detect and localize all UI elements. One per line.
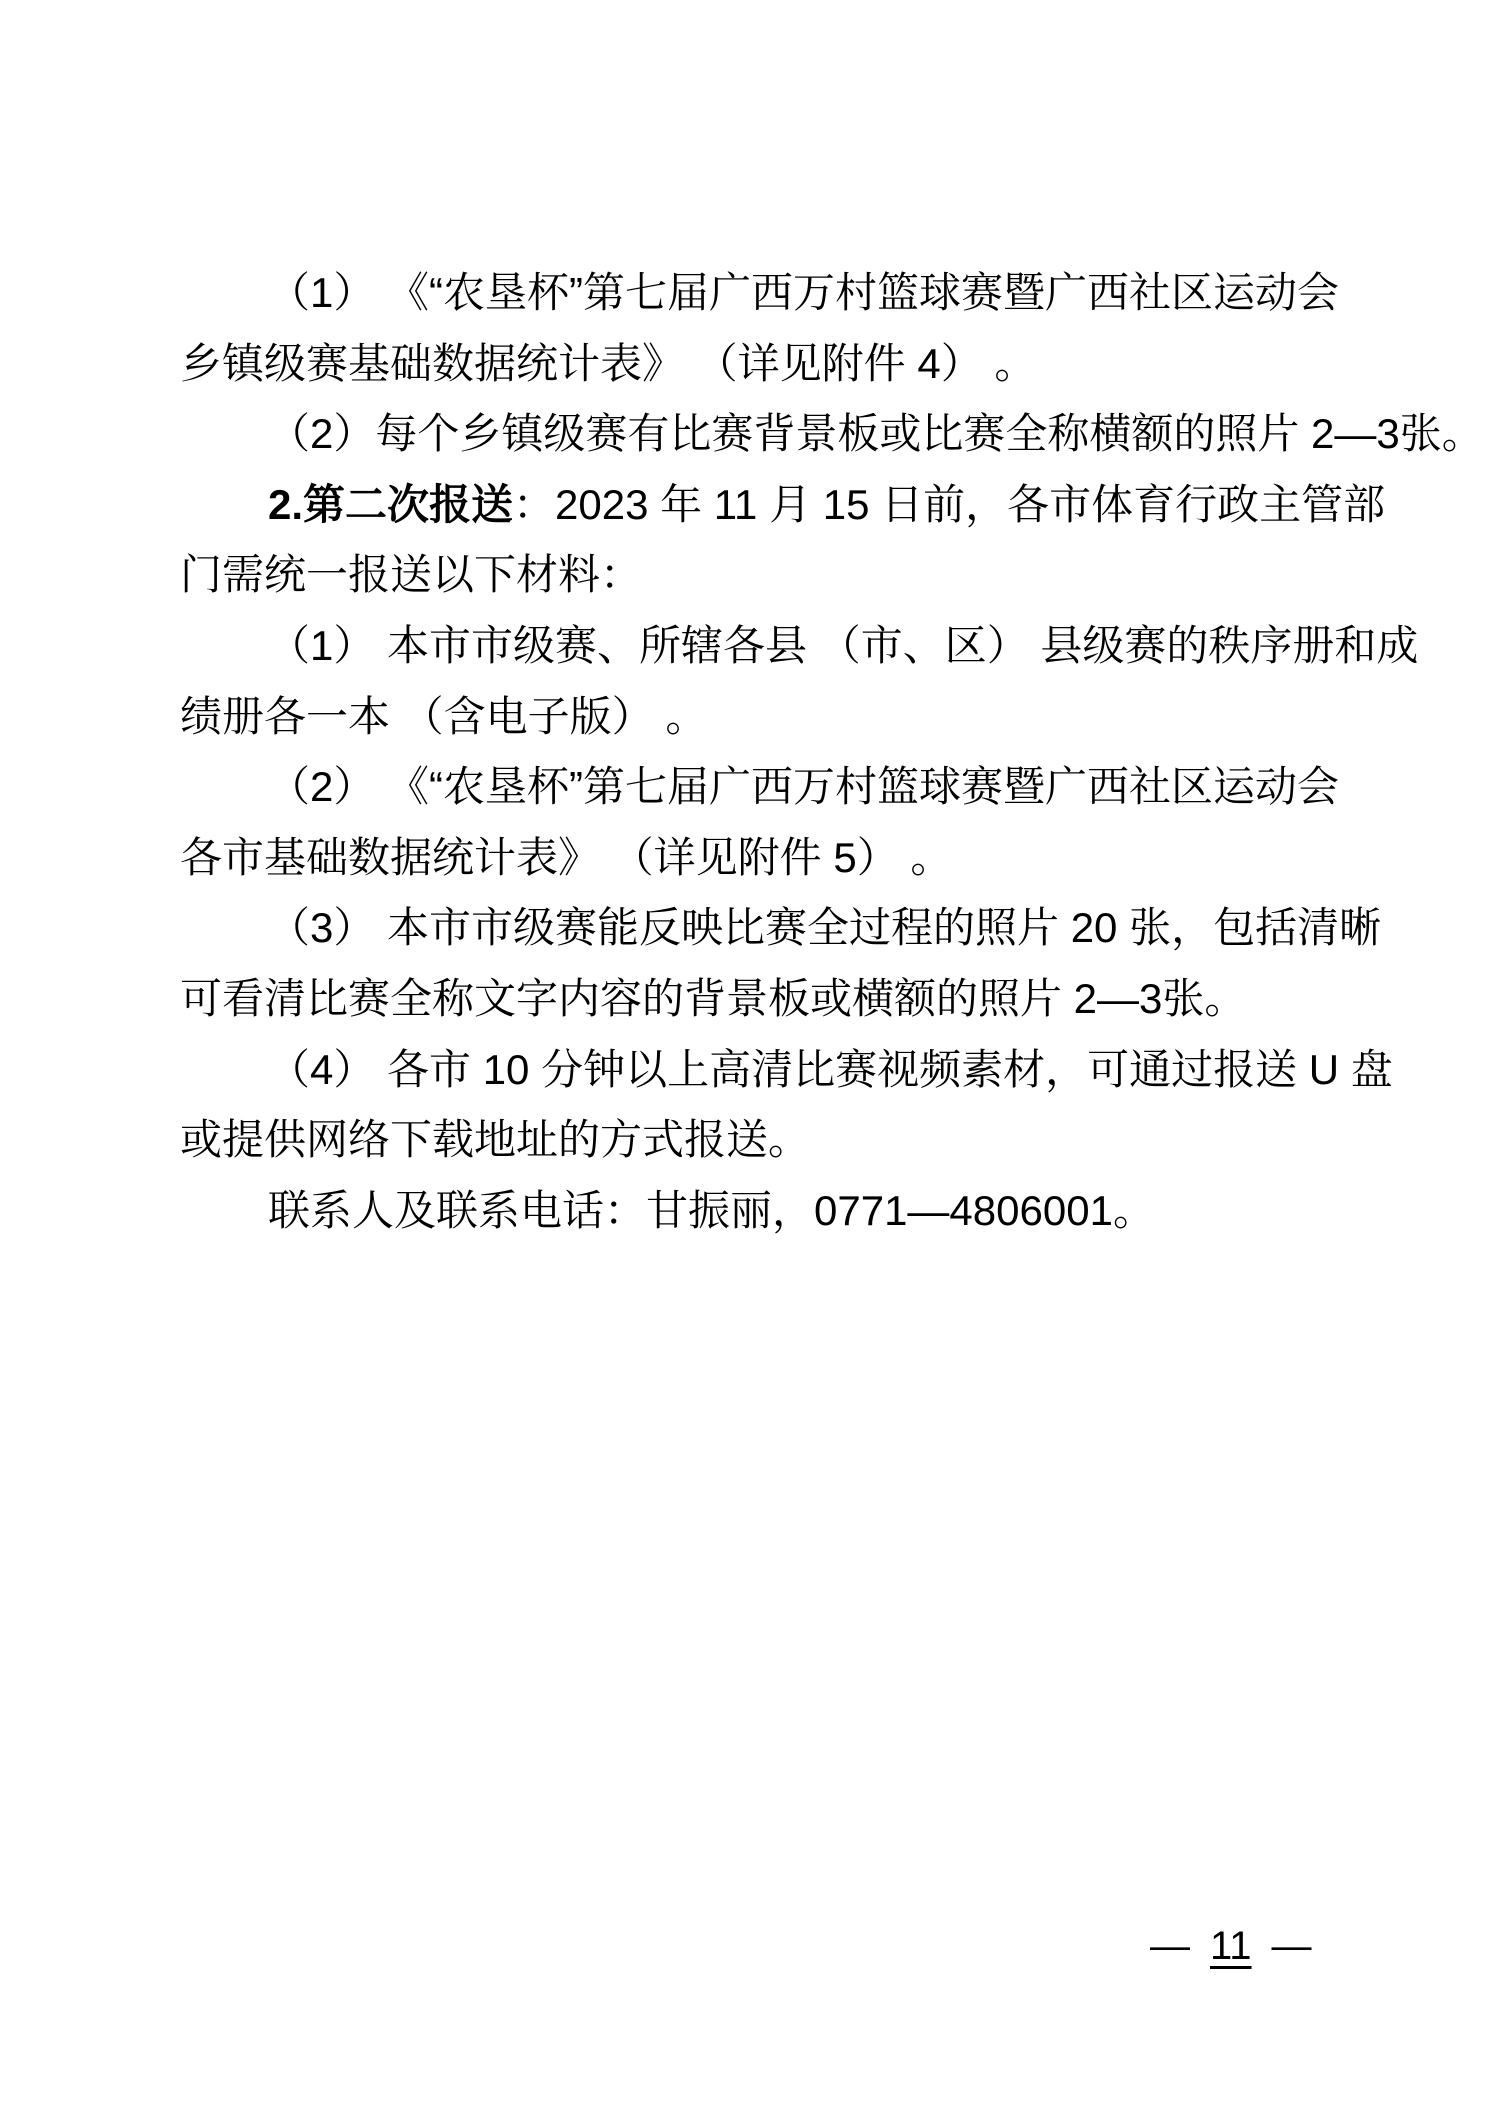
line-text: 各市基础数据统计表》 （详见附件 5） 。 bbox=[180, 834, 952, 881]
line-text: （1） 《“农垦杯”第七届广西万村篮球赛暨广西社区运动会 bbox=[268, 269, 1339, 316]
footer-dash-left: — bbox=[1150, 1922, 1190, 1970]
document-line: 可看清比赛全称文字内容的背景板或横额的照片 2—3张。 bbox=[180, 964, 1420, 1035]
line-text: 绩册各一本 （含电子版） 。 bbox=[180, 693, 707, 740]
line-text: （2）每个乡镇级赛有比赛背景板或比赛全称横额的照片 2—3张。 bbox=[268, 410, 1484, 457]
line-text: 门需统一报送以下材料： bbox=[180, 551, 642, 598]
footer-dash-right: — bbox=[1272, 1922, 1312, 1970]
document-line: 2.第二次报送：2023 年 11 月 15 日前，各市体育行政主管部 bbox=[180, 470, 1420, 541]
line-text: 可看清比赛全称文字内容的背景板或横额的照片 2—3张。 bbox=[180, 975, 1246, 1022]
document-line: 乡镇级赛基础数据统计表》 （详见附件 4） 。 bbox=[180, 329, 1420, 400]
line-text: （4） 各市 10 分钟以上高清比赛视频素材，可通过报送 U 盘 bbox=[268, 1046, 1393, 1093]
document-line: 各市基础数据统计表》 （详见附件 5） 。 bbox=[180, 823, 1420, 894]
document-line: 联系人及联系电话：甘振丽，0771—4806001。 bbox=[180, 1176, 1420, 1247]
page-number: 11 bbox=[1210, 1922, 1252, 1970]
line-text: （1） 本市市级赛、所辖各县 （市、区） 县级赛的秩序册和成 bbox=[268, 622, 1418, 669]
document-line: （4） 各市 10 分钟以上高清比赛视频素材，可通过报送 U 盘 bbox=[180, 1035, 1420, 1106]
document-line: （1） 本市市级赛、所辖各县 （市、区） 县级赛的秩序册和成 bbox=[180, 611, 1420, 682]
line-text: 乡镇级赛基础数据统计表》 （详见附件 4） 。 bbox=[180, 340, 1036, 387]
document-line: 绩册各一本 （含电子版） 。 bbox=[180, 682, 1420, 753]
document-body: （1） 《“农垦杯”第七届广西万村篮球赛暨广西社区运动会 乡镇级赛基础数据统计表… bbox=[180, 258, 1420, 1246]
line-text: 或提供网络下载地址的方式报送。 bbox=[180, 1116, 810, 1163]
document-line: （3） 本市市级赛能反映比赛全过程的照片 20 张，包括清晰 bbox=[180, 893, 1420, 964]
document-line: 或提供网络下载地址的方式报送。 bbox=[180, 1105, 1420, 1176]
document-line: （2）每个乡镇级赛有比赛背景板或比赛全称横额的照片 2—3张。 bbox=[180, 399, 1420, 470]
document-line: （1） 《“农垦杯”第七届广西万村篮球赛暨广西社区运动会 bbox=[180, 258, 1420, 329]
document-line: （2） 《“农垦杯”第七届广西万村篮球赛暨广西社区运动会 bbox=[180, 752, 1420, 823]
document-line: 门需统一报送以下材料： bbox=[180, 540, 1420, 611]
document-page: （1） 《“农垦杯”第七届广西万村篮球赛暨广西社区运动会 乡镇级赛基础数据统计表… bbox=[0, 0, 1488, 2105]
line-text: 联系人及联系电话：甘振丽，0771—4806001。 bbox=[268, 1187, 1155, 1234]
line-text: （3） 本市市级赛能反映比赛全过程的照片 20 张，包括清晰 bbox=[268, 904, 1381, 951]
page-footer: — 11 — bbox=[1150, 1922, 1312, 1970]
line-text: ：2023 年 11 月 15 日前，各市体育行政主管部 bbox=[513, 481, 1385, 528]
bold-heading-run: 2.第二次报送 bbox=[268, 481, 513, 528]
line-text: （2） 《“农垦杯”第七届广西万村篮球赛暨广西社区运动会 bbox=[268, 763, 1339, 810]
